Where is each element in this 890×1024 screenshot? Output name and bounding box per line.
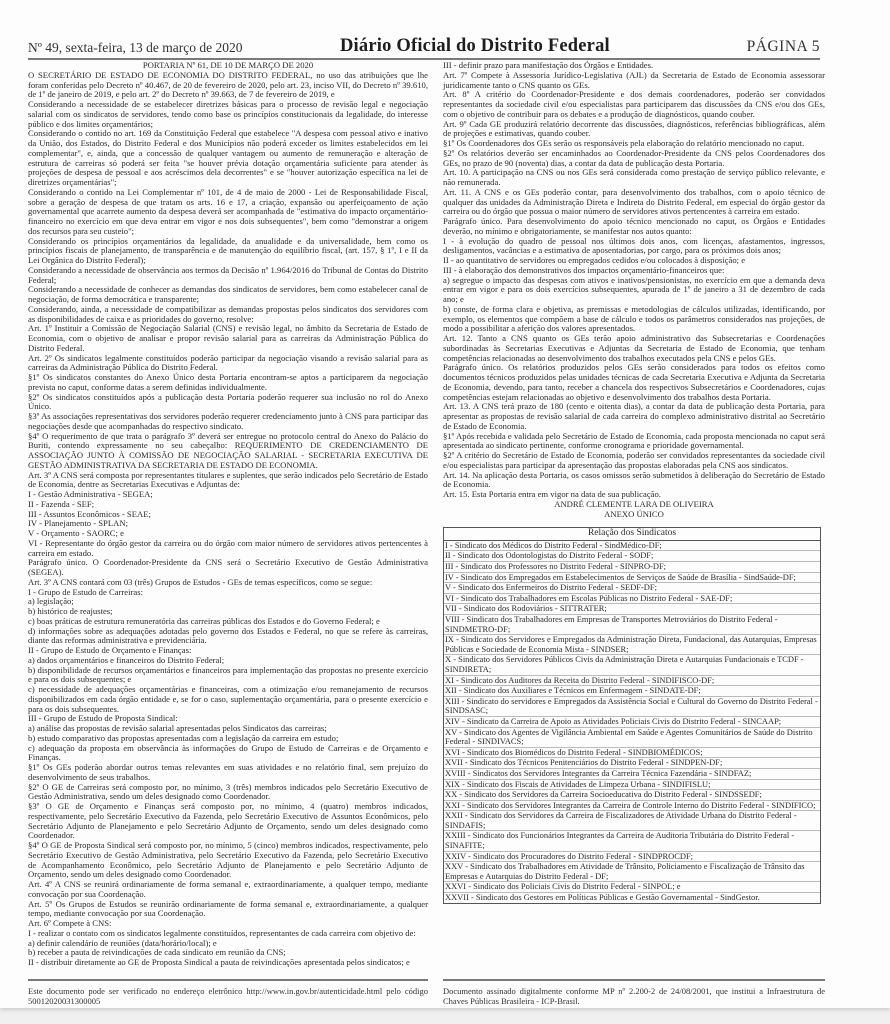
table-row: VIII - Sindicato dos Trabalhadores em Em…	[444, 615, 820, 635]
issue-info: Nº 49, sexta-feira, 13 de março de 2020	[28, 40, 242, 56]
paragraph: b) conste, de forma clara e objetiva, as…	[443, 305, 825, 334]
paragraph: Considerando a necessidade de observânci…	[28, 266, 428, 286]
paragraph: Art. 11. A CNS e os GEs poderão contar, …	[443, 188, 825, 217]
paragraph: §1º Os sindicatos constantes do Anexo Ún…	[28, 373, 428, 393]
paragraph: Considerando o contido no art. 169 da Co…	[28, 129, 428, 188]
page-header: Nº 49, sexta-feira, 13 de março de 2020 …	[28, 36, 820, 60]
table-row: XXIII - Sindicato dos Funcionários Integ…	[444, 831, 820, 851]
paragraph: §2º Os relatórios deverão ser encaminhad…	[443, 149, 825, 169]
paragraph: O SECRETÁRIO DE ESTADO DE ECONOMIA DO DI…	[28, 71, 428, 100]
paragraph: Considerando a necessidade de conhecer a…	[28, 285, 428, 305]
paragraph: §3º As associações representativas dos s…	[28, 412, 428, 432]
paragraph: Art. 4º A CNS se reunirá ordinariamente …	[28, 880, 428, 900]
paragraph: I - à evolução do quadro de pessoal nos …	[443, 237, 825, 257]
paragraph: d) informações sobre as adequações adota…	[28, 627, 428, 647]
table-row: XV - Sindicato dos Agentes de Vigilância…	[444, 728, 820, 748]
paragraph: §3º O GE de Orçamento e Finanças será co…	[28, 802, 428, 841]
paragraph: Art. 2º Os sindicatos legalmente constit…	[28, 354, 428, 374]
paragraph: Considerando a necessidade de se estabel…	[28, 100, 428, 129]
table-row: X - Sindicato dos Servidores Públicos Ci…	[444, 655, 820, 675]
unions-table: Relação dos Sindicatos I - Sindicato dos…	[443, 527, 821, 903]
paragraph: §4º O GE de Proposta Sindical será compo…	[28, 841, 428, 880]
paragraph: II - distribuir diretamente ao GE de Pro…	[28, 958, 428, 968]
paragraph: Art. 8º A critério do Coordenador-Presid…	[443, 90, 825, 119]
paragraph: c) adequação da proposta em observância …	[28, 744, 428, 764]
paragraph: b) disponibilidade de recursos orçamentá…	[28, 666, 428, 686]
newspaper-page: Nº 49, sexta-feira, 13 de março de 2020 …	[0, 0, 890, 1008]
paragraph: Art. 7º Compete à Assessoria Jurídico-Le…	[443, 71, 825, 91]
table-row: XVIII - Sindicatos dos Servidores Integr…	[444, 769, 820, 780]
table-row: XXV - Sindicato dos Trabalhadores em Ati…	[444, 862, 820, 882]
paragraph: Parágrafo único. Para desenvolvimento do…	[443, 217, 825, 237]
digital-signature-note: Documento assinado digitalmente conforme…	[443, 986, 825, 1006]
table-row: IX - Sindicato dos Servidores e Empregad…	[444, 635, 820, 655]
paragraph: Parágrafo único. O Coordenador-President…	[28, 558, 428, 578]
paragraph: Art. 14. Na aplicação desta Portaria, os…	[443, 471, 825, 491]
table-row: XXVII - Sindicato dos Gestores em Políti…	[444, 893, 820, 903]
paragraph: Parágrafo único. Os relatórios produzido…	[443, 363, 825, 402]
paragraph: Art. 3º A CNS será composta por represen…	[28, 471, 428, 491]
publication-title: Diário Oficial do Distrito Federal	[340, 36, 610, 57]
table-row: XXII - Sindicato dos Servidores da Carre…	[444, 811, 820, 831]
paragraph: Art. 1º Instituir a Comissão de Negociaç…	[28, 324, 428, 353]
paragraph: Considerando, ainda, a necessidade de co…	[28, 305, 428, 325]
unions-table-body: I - Sindicato dos Médicos do Distrito Fe…	[444, 541, 820, 903]
right-column-paragraphs: III - definir prazo para manifestação do…	[443, 61, 825, 500]
paragraph: §1º Os GEs poderão abordar outros temas …	[28, 763, 428, 783]
page-number: PÁGINA 5	[747, 38, 820, 56]
paragraph: §1º Após recebida e validada pelo Secret…	[443, 432, 825, 452]
left-column: PORTARIA Nº 61, DE 10 DE MARÇO DE 2020 O…	[28, 61, 428, 968]
annex-title: ANEXO ÚNICO	[443, 510, 825, 520]
paragraph: Art. 9º Cada GE produzirá relatório deco…	[443, 120, 825, 140]
paragraph: Art. 10. A participação na CNS ou nos GE…	[443, 168, 825, 188]
table-row: XIII - Sindicato do servidores e Emprega…	[444, 697, 820, 717]
paragraph: Art. 12. Tanto a CNS quanto os GEs terão…	[443, 334, 825, 363]
paragraph: §2º O GE de Carreiras será composto por,…	[28, 783, 428, 803]
unions-table-header: Relação dos Sindicatos	[444, 528, 820, 541]
paragraph: a) segregue o impacto das despesas com a…	[443, 276, 825, 305]
footer-divider-right	[443, 979, 825, 981]
paragraph: Art. 13. A CNS terá prazo de 180 (cento …	[443, 402, 825, 431]
footer-divider-left	[28, 979, 428, 981]
paragraph: §4º O requerimento de que trata o parágr…	[28, 432, 428, 471]
paragraph: Considerando o contido na Lei Complement…	[28, 188, 428, 237]
paragraph: VI - Representante do órgão gestor da ca…	[28, 539, 428, 559]
paragraph: §2º A critério do Secretário de Estado d…	[443, 451, 825, 471]
paragraph: I - Grupo de Estudo de Carreiras:	[28, 588, 428, 598]
paragraph: Art. 5º Os Grupos de Estudos se reunirão…	[28, 900, 428, 920]
right-column: III - definir prazo para manifestação do…	[443, 61, 825, 904]
left-column-paragraphs: O SECRETÁRIO DE ESTADO DE ECONOMIA DO DI…	[28, 71, 428, 968]
paragraph: c) necessidade de adequações orçamentári…	[28, 685, 428, 714]
paragraph: Considerando os princípios orçamentários…	[28, 237, 428, 266]
table-row: XIV - Sindicato da Carreira de Apoio as …	[444, 717, 820, 728]
paragraph: §2º Os sindicatos constituídos após a pu…	[28, 393, 428, 413]
verification-note: Este documento pode ser verificado no en…	[28, 986, 428, 1006]
